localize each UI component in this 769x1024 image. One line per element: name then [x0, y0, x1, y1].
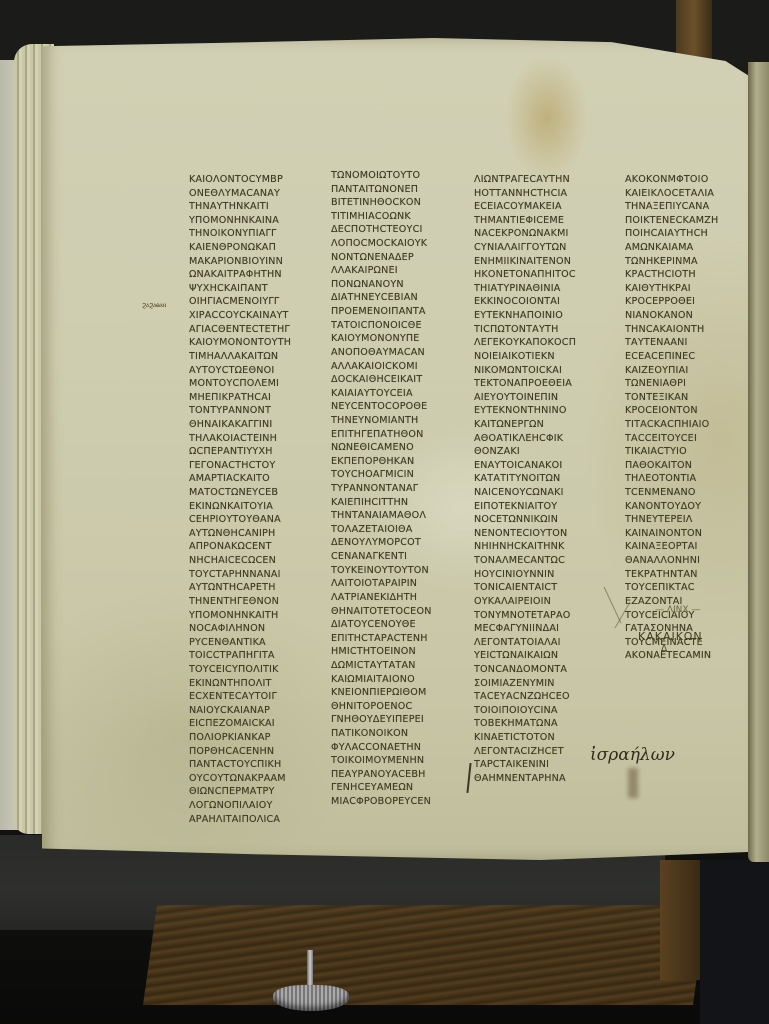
text-line: ΜΕCΦΑΓΥΝΙΙΝΔΑΙ [474, 622, 609, 636]
text-line: ΠΟΝΩΝΑΝΟΥΝ [331, 278, 466, 292]
text-line: ΝΗCΗΑΙCΕCΩCΕΝ [189, 554, 309, 568]
text-line: ΚΑΙΖΕΟΥΠΙΑΙ [625, 364, 751, 378]
text-line: ΗΟΤΤΑΝΝΗCΤΗCΙΑ [474, 187, 609, 201]
text-line: ΠΟΙΗCΑΙΑΥΤΗCΗ [625, 227, 751, 241]
text-line: ΤΟΥCΤΑΡΗΝΝΑΝΑΙ [189, 568, 309, 582]
text-line: ΕΝΑΥΤΟΙCΑΝΑΚΟΙ [474, 459, 609, 473]
text-line: ΡΥCΕΝΘΑΝΤΙΚΑ [189, 636, 309, 650]
text-line: ΕΥΤΕΚΝΟΝΤΗΝΙΝΟ [474, 404, 609, 418]
text-line: ΛΟΠΟCΜΟCΚΑΙΟΥΚ [331, 237, 466, 251]
text-line: ΚΑΙΘΥΤΗΚΡΑΙ [625, 282, 751, 296]
text-line: ΝΑCΕΚΡΟΝΩΝΑΚΜΙ [474, 227, 609, 241]
text-line: ΚΑΙΝΑΞΕΟΡΤΑΙ [625, 540, 751, 554]
text-line: ΓΕΝΗCΕΥΑΜΕΩΝ [331, 781, 466, 795]
text-line: ΤΟΥCΕΠΙΚΤΑC [625, 581, 751, 595]
text-line: ΚΑΙΕΝΘΡΟΝΩΚΑΠ [189, 241, 309, 255]
marginal-note: ϩⲁϩⲁⲑⲁⲛ [142, 301, 166, 310]
text-line: ΟΥCΟΥΤΩΝΑΚΡΑΑΜ [189, 772, 309, 786]
text-line: ΑΛΛΑΚΑΙΟΙCΚΟΜΙ [331, 360, 466, 374]
text-line: ΤΗΝΕΥΝΟΜΙΑΝΤΗ [331, 414, 466, 428]
text-line: ΤΗΝΑΞΕΠΙΥCΑΝΑ [625, 200, 751, 214]
text-line: ΤΟΥΚΕΙΝΟΥΤΟΥΤΟΝ [331, 564, 466, 578]
text-line: ΤΟΒΕΚΗΜΑΤΩΝΑ [474, 717, 609, 731]
text-line: ΦΥΛΑCCΟΝΑΕΤΗΝ [331, 741, 466, 755]
text-line: ΕΙCΠΕΖΟΜΑΙCΚΑΙ [189, 717, 309, 731]
text-line: ΚΑΙΟΛΟΝΤΟCΥΜΒΡ [189, 173, 309, 187]
text-line: ΤΙΚΑΙΑCΤΥΙΟ [625, 445, 751, 459]
text-line: ΣΟΙΜΙΑΖΕΝΥΜΙΝ [474, 677, 609, 691]
text-line: ΧΙΡΑCCΟΥCΚΑΙΝΑΥΤ [189, 309, 309, 323]
text-line: ΛΛΑΚΑΙΡΩΝΕΙ [331, 264, 466, 278]
text-line: ΛΕΓΕΚΟΥΚΑΠΟΚΟCΠ [474, 336, 609, 350]
text-line: CΥΝΙΑΛΑΙΓΓΟΥΤΩΝ [474, 241, 609, 255]
text-line: ΕΚΙΝΩΝΚΑΙΤΟΥΙΑ [189, 500, 309, 514]
text-line: ΑΜΑΡΤΙΑCΚΑΙΤΟ [189, 472, 309, 486]
text-line: ΚΑΝΟΝΤΟΥΔΟΥ [625, 500, 751, 514]
text-line: ΚΑΤΑΤΙΤΥΝΟΙΤΩΝ [474, 472, 609, 486]
text-line: ΔΕCΠΟΤΗCΤΕΟΥCΙ [331, 223, 466, 237]
text-line: ΕΝΗΜΙΙΚΙΝΑΙΤΕΝΟΝ [474, 255, 609, 269]
text-line: ΗΟΥCΙΝΙΟΥΝΝΙΝ [474, 568, 609, 582]
text-line: ΕΠΙΤΗΓΕΠΑΤΗΘΟΝ [331, 428, 466, 442]
text-column-4: ΑΚΟΚΟΝΜΦΤΟΙΟΚΑΙΕΙΚΛΟCΕΤΑΛΙΑΤΗΝΑΞΕΠΙΥCΑΝΑ… [625, 173, 751, 663]
text-line: ΚΡΟCΕΡΡΟΘΕΙ [625, 295, 751, 309]
text-line: ΤΩΝΟΜΟΙΩΤΟΥΤΟ [331, 169, 466, 183]
text-line: ΤΟΛΑΖΕΤΑΙΟΙΘΑ [331, 523, 466, 537]
ink-stain [628, 768, 638, 798]
text-line: ΑΝΟΠΟΘΑΥΜΑCΑΝ [331, 346, 466, 360]
text-line: ΚΑΙΕΠΙΗCΙΤΤΗΝ [331, 496, 466, 510]
text-line: ΤΕΚΤΟΝΑΠΡΟΕΘΕΙΑ [474, 377, 609, 391]
text-line: ΚΑΙΕΙΚΛΟCΕΤΑΛΙΑ [625, 187, 751, 201]
text-line: ΝΩΝΕΘΙCΑΜΕΝΟ [331, 441, 466, 455]
text-line: ΕΥΤΕΚΝΗΑΠΟΙΝΙΟ [474, 309, 609, 323]
colophon-title: ΚΑΚΑΙΚΩΝ [638, 630, 703, 643]
colophon-ornament: — ΛΙΝΧ — [655, 605, 700, 615]
text-line: ΤΕΚΡΑΤΗΝΤΑΝ [625, 568, 751, 582]
text-line: ΑΜΩΝΚΑΙΑΜΑ [625, 241, 751, 255]
text-line: ΤΗΛΑΚΟΙΑCΤΕΙΝΗ [189, 432, 309, 446]
text-line: ΤΗΝCΑΚΑΙΟΝΤΗ [625, 323, 751, 337]
text-line: ΠΟΡΘΗCΑCΕΝΗΝ [189, 745, 309, 759]
cursive-annotation: ἰσραήλων [590, 745, 675, 765]
text-line: ΝΟCΑΦΙΛΗΝΟΝ [189, 622, 309, 636]
text-line: ΑΥΤΟΥCΤΩΕΘΝΟΙ [189, 364, 309, 378]
text-line: ΚΡΑCΤΗCΙΟΤΗ [625, 268, 751, 282]
text-line: ΤΟΝΤΥΡΑΝΝΟΝΤ [189, 404, 309, 418]
text-line: ΕΙΠΟΤΕΚΝΙΑΙΤΟΥ [474, 500, 609, 514]
text-line: ΠΑΝΤΑCΤΟΥCΠΙΚΗ [189, 758, 309, 772]
text-line: ΤΥΡΑΝΝΟΝΤΑΝΑΓ [331, 482, 466, 496]
text-line: ΛΑΙΤΟΙΟΤΑΡΑΙΡΙΝ [331, 577, 466, 591]
text-line: ΜΙΑCΦΡΟΒΟΡΕΥCΕΝ [331, 795, 466, 809]
text-line: ΝΑΙΟΥCΚΑΙΑΝΑΡ [189, 704, 309, 718]
text-line: ΟΝΕΘΛΥΜΑCΑΝΑΥ [189, 187, 309, 201]
text-line: ΠΡΟΕΜΕΝΟΙΠΑΝΤΑ [331, 305, 466, 319]
text-line: ΤΟΝΙCΑΙΕΝΤΑΙCΤ [474, 581, 609, 595]
text-line: ΥΕΙCΤΩΝΑΙΚΑΙΩΝ [474, 649, 609, 663]
text-line: ΝΟCΕΤΩΝΝΙΚΩΙΝ [474, 513, 609, 527]
text-line: ΘΗΝΑΙΚΑΚΑΓΓΙΝΙ [189, 418, 309, 432]
text-line: ΑΥΤΩΝΤΗCΑΡΕΤΗ [189, 581, 309, 595]
text-line: ΟΙΗΓΙΑCΜΕΝΟΙΥΓΓ [189, 295, 309, 309]
text-line: ΤΑΥΤΕΝΑΑΝΙ [625, 336, 751, 350]
text-line: ΚΙΝΑΕΤΙCΤΟΤΟΝ [474, 731, 609, 745]
text-line: ΠΑΘΟΚΑΙΤΟΝ [625, 459, 751, 473]
text-line: ΤΙCΠΩΤΟΝΤΑΥΤΗ [474, 323, 609, 337]
text-line: ΕΚΚΙΝΟCΟΙΟΝΤΑΙ [474, 295, 609, 309]
text-line: ΚΑΙΟΥΜΟΝΟΝΤΟΥΤΗ [189, 336, 309, 350]
text-line: ΝΙΑΝΟΚΑΝΟΝ [625, 309, 751, 323]
text-line: ΑΚΟΚΟΝΜΦΤΟΙΟ [625, 173, 751, 187]
text-line: ΑΥΤΩΝΘΗCΑΝΙΡΗ [189, 527, 309, 541]
text-line: ΠΑΤΙΚΟΝΟΙΚΟΝ [331, 727, 466, 741]
text-line: ΤΙΜΗΑΛΛΑΚΑΙΤΩΝ [189, 350, 309, 364]
text-line: ΠΟΙΚΤΕΝΕCΚΑΜΖΗ [625, 214, 751, 228]
text-line: ΚΑΙΩΜΙΑΙΤΑΙΟΝΟ [331, 673, 466, 687]
text-line: ΕCΧΕΝΤΕCΑΥΤΟΙΓ [189, 690, 309, 704]
text-line: ΤΗΝΟΙΚΟΝΥΠΙΑΓΓ [189, 227, 309, 241]
text-line: ΘΙΩΝCΠΕΡΜΑΤΡΥ [189, 785, 309, 799]
text-line: ΔΩΜΙCΤΑΥΤΑΤΑΝ [331, 659, 466, 673]
text-line: ΛΟΓΩΝΟΠΙΛΑΙΟΥ [189, 799, 309, 813]
text-line: ΥΠΟΜΟΝΗΝΚΑΙΤΗ [189, 609, 309, 623]
text-line: ΤΟΥCΗΟΑΓΜΙCΙΝ [331, 468, 466, 482]
text-line: ΛΙΩΝΤΡΑΓΕCΑΥΤΗΝ [474, 173, 609, 187]
text-line: ΝΟΝΤΩΝΕΝΑΔΕΡ [331, 251, 466, 265]
text-line: ΤΗΝΑΥΤΗΝΚΑΙΤΙ [189, 200, 309, 214]
text-line: ΤΟΙCCΤΡΑΠΗΓΙΤΑ [189, 649, 309, 663]
text-line: ΘΟΝΖΑΚΙ [474, 445, 609, 459]
text-line: ΛΕΓΟΝΤΑΤΟΙΑΛΑΙ [474, 636, 609, 650]
text-line: ΤΗΝΤΑΝΑΙΑΜΑΘΟΛ [331, 509, 466, 523]
text-line: ΝΙΚΟΜΩΝΤΟΙCΚΑΙ [474, 364, 609, 378]
text-line: ΗΚΟΝΕΤΟΝΑΠΗΙΤΟC [474, 268, 609, 282]
facing-page-edge [748, 62, 769, 862]
text-line: ΑΠΡΟΝΑΚΩCΕΝΤ [189, 540, 309, 554]
text-line: ΤΟΝΑΛΜΕCΑΝΤΩC [474, 554, 609, 568]
text-line: ΚΝΕΙΟΝΠΙΕΡΩΙΘΟΜ [331, 686, 466, 700]
text-line: ΠΕΑΥΡΑΝΟΥΑCΕΒΗ [331, 768, 466, 782]
text-line: ΤΟΙΟΙΠΟΙΟΥCΙΝΑ [474, 704, 609, 718]
text-line: ΠΟΛΙΟΡΚΙΑΝΚΑΡ [189, 731, 309, 745]
text-line: ΤΑΤΟΙCΠΟΝΟΙCΘΕ [331, 319, 466, 333]
wooden-stand-side [660, 860, 700, 980]
text-line: ΜΑΤΟCΤΩΝΕΥCΕΒ [189, 486, 309, 500]
text-line: ΕΠΙΤΗCΤΑΡΑCΤΕΝΗ [331, 632, 466, 646]
text-column-3: ΛΙΩΝΤΡΑΓΕCΑΥΤΗΝΗΟΤΤΑΝΝΗCΤΗCΙΑΕCΕΙΑCΟΥΜΑΚ… [474, 173, 609, 785]
text-line: ΓΝΗΘΟΥΔΕΥΙΠΕΡΕΙ [331, 713, 466, 727]
text-line: ΤΟΥCΕΙCΥΠΟΛΙΤΙΚ [189, 663, 309, 677]
text-line: ΔΟCΚΑΙΘΗCΕΙΚΑΙΤ [331, 373, 466, 387]
adjustment-screw-stem [307, 950, 313, 990]
shadow-region [700, 860, 769, 1024]
text-line: ΤΟΝCΑΝΔΟΜΟΝΤΑ [474, 663, 609, 677]
text-line: ΝΕΥCΕΝΤΟCΟΡΟΘΕ [331, 400, 466, 414]
text-line: ΔΙΑΤΟΥCΕΝΟΥΘΕ [331, 618, 466, 632]
text-line: ΑΓΙΑCΘΕΝΤΕCΤΕΤΗΓ [189, 323, 309, 337]
text-line: ΔΙΑΤΗΝΕΥCΕΒΙΑΝ [331, 291, 466, 305]
text-line: ΝΕΝΟΝΤΕCΙΟΥΤΟΝ [474, 527, 609, 541]
text-line: ΗΜΙCΤΗΤΟΕΙΝΟΝ [331, 645, 466, 659]
colophon-number: Δ [661, 644, 667, 654]
text-line: ΤΩΝΗΚΕΡΙΝΜΑ [625, 255, 751, 269]
text-line: ΕΚΠΕΠΟΡΘΗΚΑΝ [331, 455, 466, 469]
text-line: ΤΙΤΙΜΗΙΑCΟΩΝΚ [331, 210, 466, 224]
text-line: ΚΑΙΤΩΝΕΡΓΩΝ [474, 418, 609, 432]
text-line: ΤΗΝΕΥΤΕΡΕΙΛ [625, 513, 751, 527]
text-line: ΒΙΤΕΤΙΝΗΘΟCΚΟΝ [331, 196, 466, 210]
text-line: ΛΕΓΟΝΤΑCΙΖΗCΕΤ [474, 745, 609, 759]
text-line: ΚΑΙΑΙΑΥΤΟΥCΕΙΑ [331, 387, 466, 401]
text-line: ΤΑCCΕΙΤΟΥCΕΙ [625, 432, 751, 446]
text-line: ΤΟΙΚΟΙΜΟΥΜΕΝΗΝ [331, 754, 466, 768]
text-line: ΤΗΝΕΝΤΗΓΕΘΝΟΝ [189, 595, 309, 609]
text-line: ΤΑΡCΤΑΙΚΕΝΙΝΙ [474, 758, 609, 772]
text-line: ΤΟΝΥΜΝΟΤΕΤΑΡΑΟ [474, 609, 609, 623]
text-line: ΝΗΙΗΝΗCΚΑΙΤΗΝΚ [474, 540, 609, 554]
text-line: ΤΩΝΕΝΙΑΘΡΙ [625, 377, 751, 391]
text-line: ΤΗΜΑΝΤΙΕΦΙCΕΜΕ [474, 214, 609, 228]
text-line: ΨΥΧΗCΚΑΙΠΑΝΤ [189, 282, 309, 296]
text-line: ΤΗΛΕΟΤΟΝΤΙΑ [625, 472, 751, 486]
text-line: ΜΗΕΠΙΚΡΑΤΗCΑΙ [189, 391, 309, 405]
text-line: ΩΝΑΚΑΙΤΡΑΦΗΤΗΝ [189, 268, 309, 282]
text-line: ΚΑΙΟΥΜΟΝΟΝΥΠΕ [331, 332, 466, 346]
text-column-1: ΚΑΙΟΛΟΝΤΟCΥΜΒΡΟΝΕΘΛΥΜΑCΑΝΑΥΤΗΝΑΥΤΗΝΚΑΙΤΙ… [189, 173, 309, 826]
text-line: ΕΚΙΝΩΝΤΗΠΟΛΙΤ [189, 677, 309, 691]
text-line: ΕCΕΙΑCΟΥΜΑΚΕΙΑ [474, 200, 609, 214]
text-line: ΘΗΝΑΙΤΟΤΕΤΟCΕΟΝ [331, 605, 466, 619]
text-line: ΑΙΕΥΟΥΤΟΙΝΕΠΙΝ [474, 391, 609, 405]
text-line: CΕΗΡΙΟΥΤΟΥΘΑΝΑ [189, 513, 309, 527]
text-line: ΝΟΙΕΙΑΙΚΟΤΙΕΚΝ [474, 350, 609, 364]
text-line: ΜΟΝΤΟΥCΠΟΛΕΜΙ [189, 377, 309, 391]
text-line: ΘΑΗΜΝΕΝΤΑΡΗΝΑ [474, 772, 609, 786]
text-line: ΚΑΙΝΑΙΝΟΝΤΟΝ [625, 527, 751, 541]
text-line: ΑΘΟΑΤΙΚΛΕΗCΦΙΚ [474, 432, 609, 446]
text-line: ΤΙΤΑCΚΑCΠΗΙΑΙΟ [625, 418, 751, 432]
text-line: ΘΗΝΙΤΟΡΟΕΝΟC [331, 700, 466, 714]
text-line: ΑΡΑΗΛΙΤΑΙΠΟΛΙCΑ [189, 813, 309, 827]
text-line: ΛΑΤΡΙΑΝΕΚΙΔΗΤΗ [331, 591, 466, 605]
text-line: ΤΑCΕΥΑCΝΖΩΗCΕΟ [474, 690, 609, 704]
wooden-shelf [143, 905, 707, 1005]
text-line: ΥΠΟΜΟΝΗΝΚΑΙΝΑ [189, 214, 309, 228]
text-line: ΤΗΙΑΤΥΡΙΝΑΘΙΝΙΑ [474, 282, 609, 296]
text-line: ΠΑΝΤΑΙΤΩΝΟΝΕΠ [331, 183, 466, 197]
text-line: ΤCΕΝΜΕΝΑΝΟ [625, 486, 751, 500]
text-column-2: ΤΩΝΟΜΟΙΩΤΟΥΤΟΠΑΝΤΑΙΤΩΝΟΝΕΠΒΙΤΕΤΙΝΗΘΟCΚΟΝ… [331, 169, 466, 809]
text-line: ΤΟΝΤΕΞΙΚΑΝ [625, 391, 751, 405]
text-line: ΜΑΚΑΡΙΟΝΒΙΟΥΙΝΝ [189, 255, 309, 269]
text-line: ΑΚΟΝΑΕΤΕCΑΜΙΝ [625, 649, 751, 663]
adjustment-screw-knob [273, 985, 349, 1011]
text-line: ΓΕΓΟΝΑCΤΗCΤΟΥ [189, 459, 309, 473]
text-line: ΘΑΝΑΛΛΟΝΗΝΙ [625, 554, 751, 568]
text-line: CΕΝΑΝΑΓΚΕΝΤΙ [331, 550, 466, 564]
text-line: ΩCΠΕΡΑΝΤΙΥΥΧΗ [189, 445, 309, 459]
text-line: ΚΡΟCΕΙΟΝΤΟΝ [625, 404, 751, 418]
text-line: ΝΑΙCΕΝΟΥCΩΝΑΚΙ [474, 486, 609, 500]
text-line: ΟΥΚΑΛΑΙΡΕΙΟΙΝ [474, 595, 609, 609]
text-line: ΕCΕΑCΕΠΙΝΕC [625, 350, 751, 364]
text-line: ΔΕΝΟΥΛΥΜΟΡCΟΤ [331, 536, 466, 550]
